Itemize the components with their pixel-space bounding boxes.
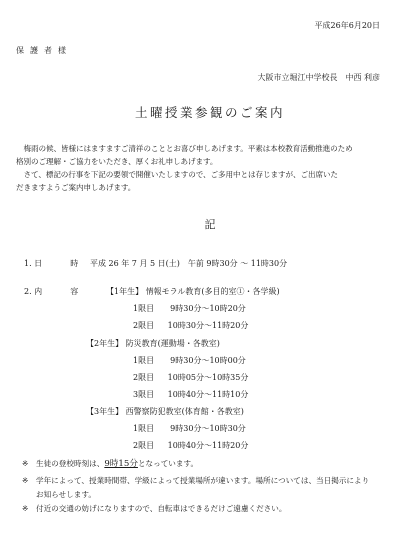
body-line-1: 梅雨の候、皆様にはますますご清祥のこととお喜び申しあげます。平素は本校教育活動推…: [16, 145, 353, 153]
period-time: 10時30分～11時20分: [165, 322, 251, 330]
period-name: 2限目: [133, 374, 165, 382]
ki-heading: 記: [0, 219, 420, 230]
period-time: 10時40分～11時10分: [165, 391, 251, 399]
grade-3-heading: 【3年生】 西警察防犯教室(体育館・各教室): [86, 408, 244, 416]
sender: 大阪市立堀江中学校長 中西 利彦: [257, 74, 380, 82]
item-date-label-a: 1. 日: [24, 259, 42, 268]
note-mark: ※: [22, 460, 36, 468]
arrival-time-emphasis: 9時15分: [104, 459, 138, 469]
period-name: 1限目: [133, 425, 165, 433]
note-bicycle: ※付近の交通の妨げになりますので、自転車はできるだけご遠慮ください。: [22, 505, 286, 513]
period-name: 2限目: [133, 442, 165, 450]
item-date-label: 1. 日時: [24, 260, 78, 268]
note-schedule-location-cont: お知らせします。: [36, 491, 96, 499]
grade-3-period-2: 2限目10時40分～11時20分: [133, 442, 251, 450]
period-name: 1限目: [133, 357, 165, 365]
item-content-label-b: 容: [70, 287, 78, 296]
grade-1-heading: 【1年生】 情報モラル教育(多目的室①・各学級): [106, 288, 280, 296]
grade-2-period-2: 2限目10時05分～10時35分: [133, 374, 251, 382]
note-schedule-location: ※学年によって、授業時間帯、学級によって授業場所が違います。場所については、当日…: [22, 477, 369, 485]
note-text: 生徒の登校時刻は、: [36, 459, 104, 468]
period-time: 9時30分～10時30分: [165, 425, 251, 433]
note-text: 付近の交通の妨げになりますので、自転車はできるだけご遠慮ください。: [36, 504, 286, 513]
note-text: 学年によって、授業時間帯、学級によって授業場所が違います。場所については、当日掲…: [36, 476, 369, 485]
grade-2-period-3: 3限目10時40分～11時10分: [133, 391, 251, 399]
grade-2-heading: 【2年生】 防災教育(運動場・各教室): [86, 340, 220, 348]
body-line-3: さて、標記の行事を下記の要領で開催いたしますので、ご多用中とは存じますが、ご出席…: [16, 171, 338, 179]
body-line-4: だきますようご案内申しあげます。: [16, 184, 135, 192]
grade-1-period-1: 1限目9時30分～10時20分: [133, 305, 251, 313]
note-text: となっています。: [138, 459, 198, 468]
document-date: 平成26年6月20日: [315, 22, 380, 30]
document-title: 土曜授業参観のご案内: [0, 107, 420, 120]
body-line-2: 格別のご理解・ご協力をいただき、厚くお礼申しあげます。: [16, 158, 217, 166]
item-content-label: 2. 内容: [24, 288, 78, 296]
item-date-value: 平成 26 年 7 月 5 日(土) 午前 9時30分 ～ 11時30分: [90, 260, 287, 268]
grade-2-period-1: 1限目9時30分～10時00分: [133, 357, 251, 365]
grade-3-period-1: 1限目9時30分～10時30分: [133, 425, 251, 433]
period-name: 1限目: [133, 305, 165, 313]
item-date-label-b: 時: [70, 259, 78, 268]
period-time: 9時30分～10時20分: [165, 305, 251, 313]
period-name: 3限目: [133, 391, 165, 399]
note-arrival-time: ※生徒の登校時刻は、9時15分となっています。: [22, 460, 198, 469]
note-mark: ※: [22, 477, 36, 485]
period-time: 10時40分～11時20分: [165, 442, 251, 450]
period-name: 2限目: [133, 322, 165, 330]
period-time: 10時05分～10時35分: [165, 374, 251, 382]
note-mark: ※: [22, 505, 36, 513]
grade-1-period-2: 2限目10時30分～11時20分: [133, 322, 251, 330]
addressee: 保護者様: [16, 47, 72, 55]
item-content-label-a: 2. 内: [24, 287, 42, 296]
period-time: 9時30分～10時00分: [165, 357, 251, 365]
